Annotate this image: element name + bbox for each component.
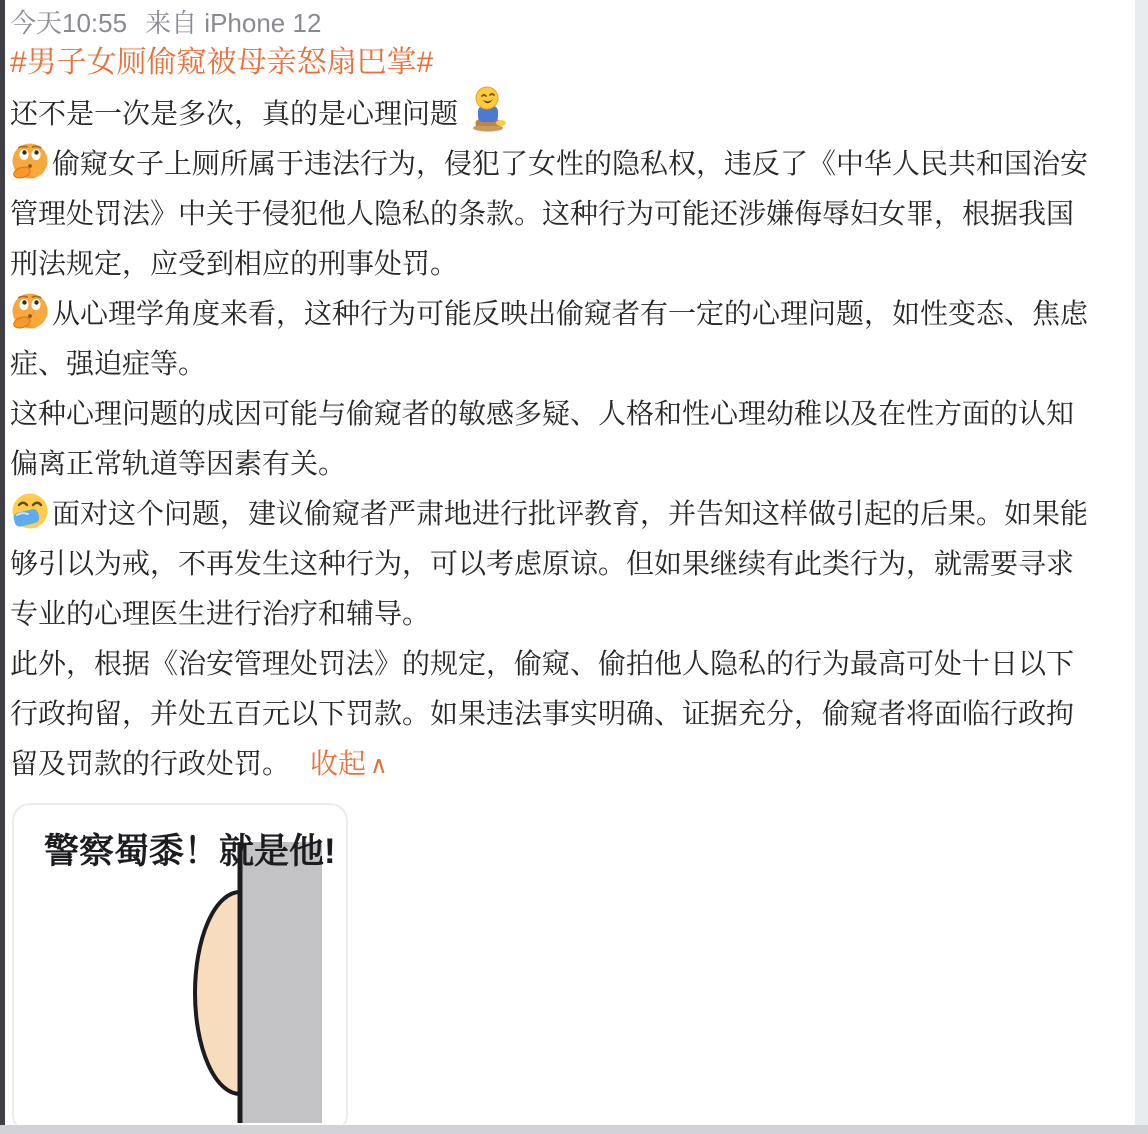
screenshot-left-edge bbox=[0, 0, 5, 1134]
paragraph-text: 从心理学角度来看，这种行为可能反映出偷窥者有一定的心理问题，如性变态、焦虑症、强… bbox=[10, 298, 1088, 379]
meme-wall-shape bbox=[242, 842, 322, 1123]
screenshot-right-edge bbox=[1135, 0, 1148, 1134]
post-paragraph: 从心理学角度来看，这种行为可能反映出偷窥者有一定的心理问题，如性变态、焦虑症、强… bbox=[10, 289, 1095, 389]
post-paragraph: 这种心理问题的成因可能与偷窥者的敏感多疑、人格和性心理幼稚以及在性方面的认知偏离… bbox=[10, 389, 1095, 489]
thinking-face-emoji bbox=[10, 291, 50, 331]
post-timestamp: 今天10:55 bbox=[10, 6, 127, 40]
paragraph-text: 此外，根据《治安管理处罚法》的规定，偷窥、偷拍他人隐私的行为最高可处十日以下行政… bbox=[10, 648, 1074, 779]
attached-meme-image[interactable]: 警察蜀黍！就是他! bbox=[12, 803, 348, 1133]
tissue-laugh-emoji bbox=[10, 491, 50, 531]
screenshot-bottom-edge bbox=[0, 1125, 1148, 1134]
meme-peeking-head-shape bbox=[195, 892, 240, 1094]
collapse-link[interactable]: 收起∧ bbox=[310, 748, 388, 779]
paragraph-text: 这种心理问题的成因可能与偷窥者的敏感多疑、人格和性心理幼稚以及在性方面的认知偏离… bbox=[10, 398, 1074, 479]
post-comment-text: 还不是一次是多次，真的是心理问题 bbox=[10, 98, 458, 129]
person-sitting-laughing-emoji bbox=[466, 86, 510, 132]
topic-hashtag-link[interactable]: #男子女厕偷窥被母亲怒扇巴掌# bbox=[10, 46, 433, 79]
post-comment-line: 还不是一次是多次，真的是心理问题 bbox=[10, 86, 1095, 139]
hashtag-line: #男子女厕偷窥被母亲怒扇巴掌# bbox=[10, 40, 1095, 86]
chevron-up-icon: ∧ bbox=[370, 752, 388, 779]
post-source-link[interactable]: 来自 iPhone 12 bbox=[145, 6, 321, 40]
thinking-face-emoji bbox=[10, 141, 50, 181]
post-paragraph: 面对这个问题，建议偷窥者严肃地进行批评教育，并告知这样做引起的后果。如果能够引以… bbox=[10, 489, 1095, 639]
post-body: 还不是一次是多次，真的是心理问题 bbox=[10, 86, 1095, 791]
paragraph-text: 偷窥女子上厕所属于违法行为，侵犯了女性的隐私权，违反了《中华人民共和国治安管理处… bbox=[10, 148, 1088, 279]
post-container: 今天10:55 来自 iPhone 12 #男子女厕偷窥被母亲怒扇巴掌# 还不是… bbox=[10, 0, 1095, 1133]
post-meta: 今天10:55 来自 iPhone 12 bbox=[10, 6, 1095, 40]
meme-caption: 警察蜀黍！就是他! bbox=[44, 832, 336, 871]
post-paragraph: 此外，根据《治安管理处罚法》的规定，偷窥、偷拍他人隐私的行为最高可处十日以下行政… bbox=[10, 639, 1095, 791]
collapse-label: 收起 bbox=[310, 748, 366, 779]
paragraph-text: 面对这个问题，建议偷窥者严肃地进行批评教育，并告知这样做引起的后果。如果能够引以… bbox=[10, 498, 1088, 629]
post-paragraph: 偷窥女子上厕所属于违法行为，侵犯了女性的隐私权，违反了《中华人民共和国治安管理处… bbox=[10, 139, 1095, 289]
